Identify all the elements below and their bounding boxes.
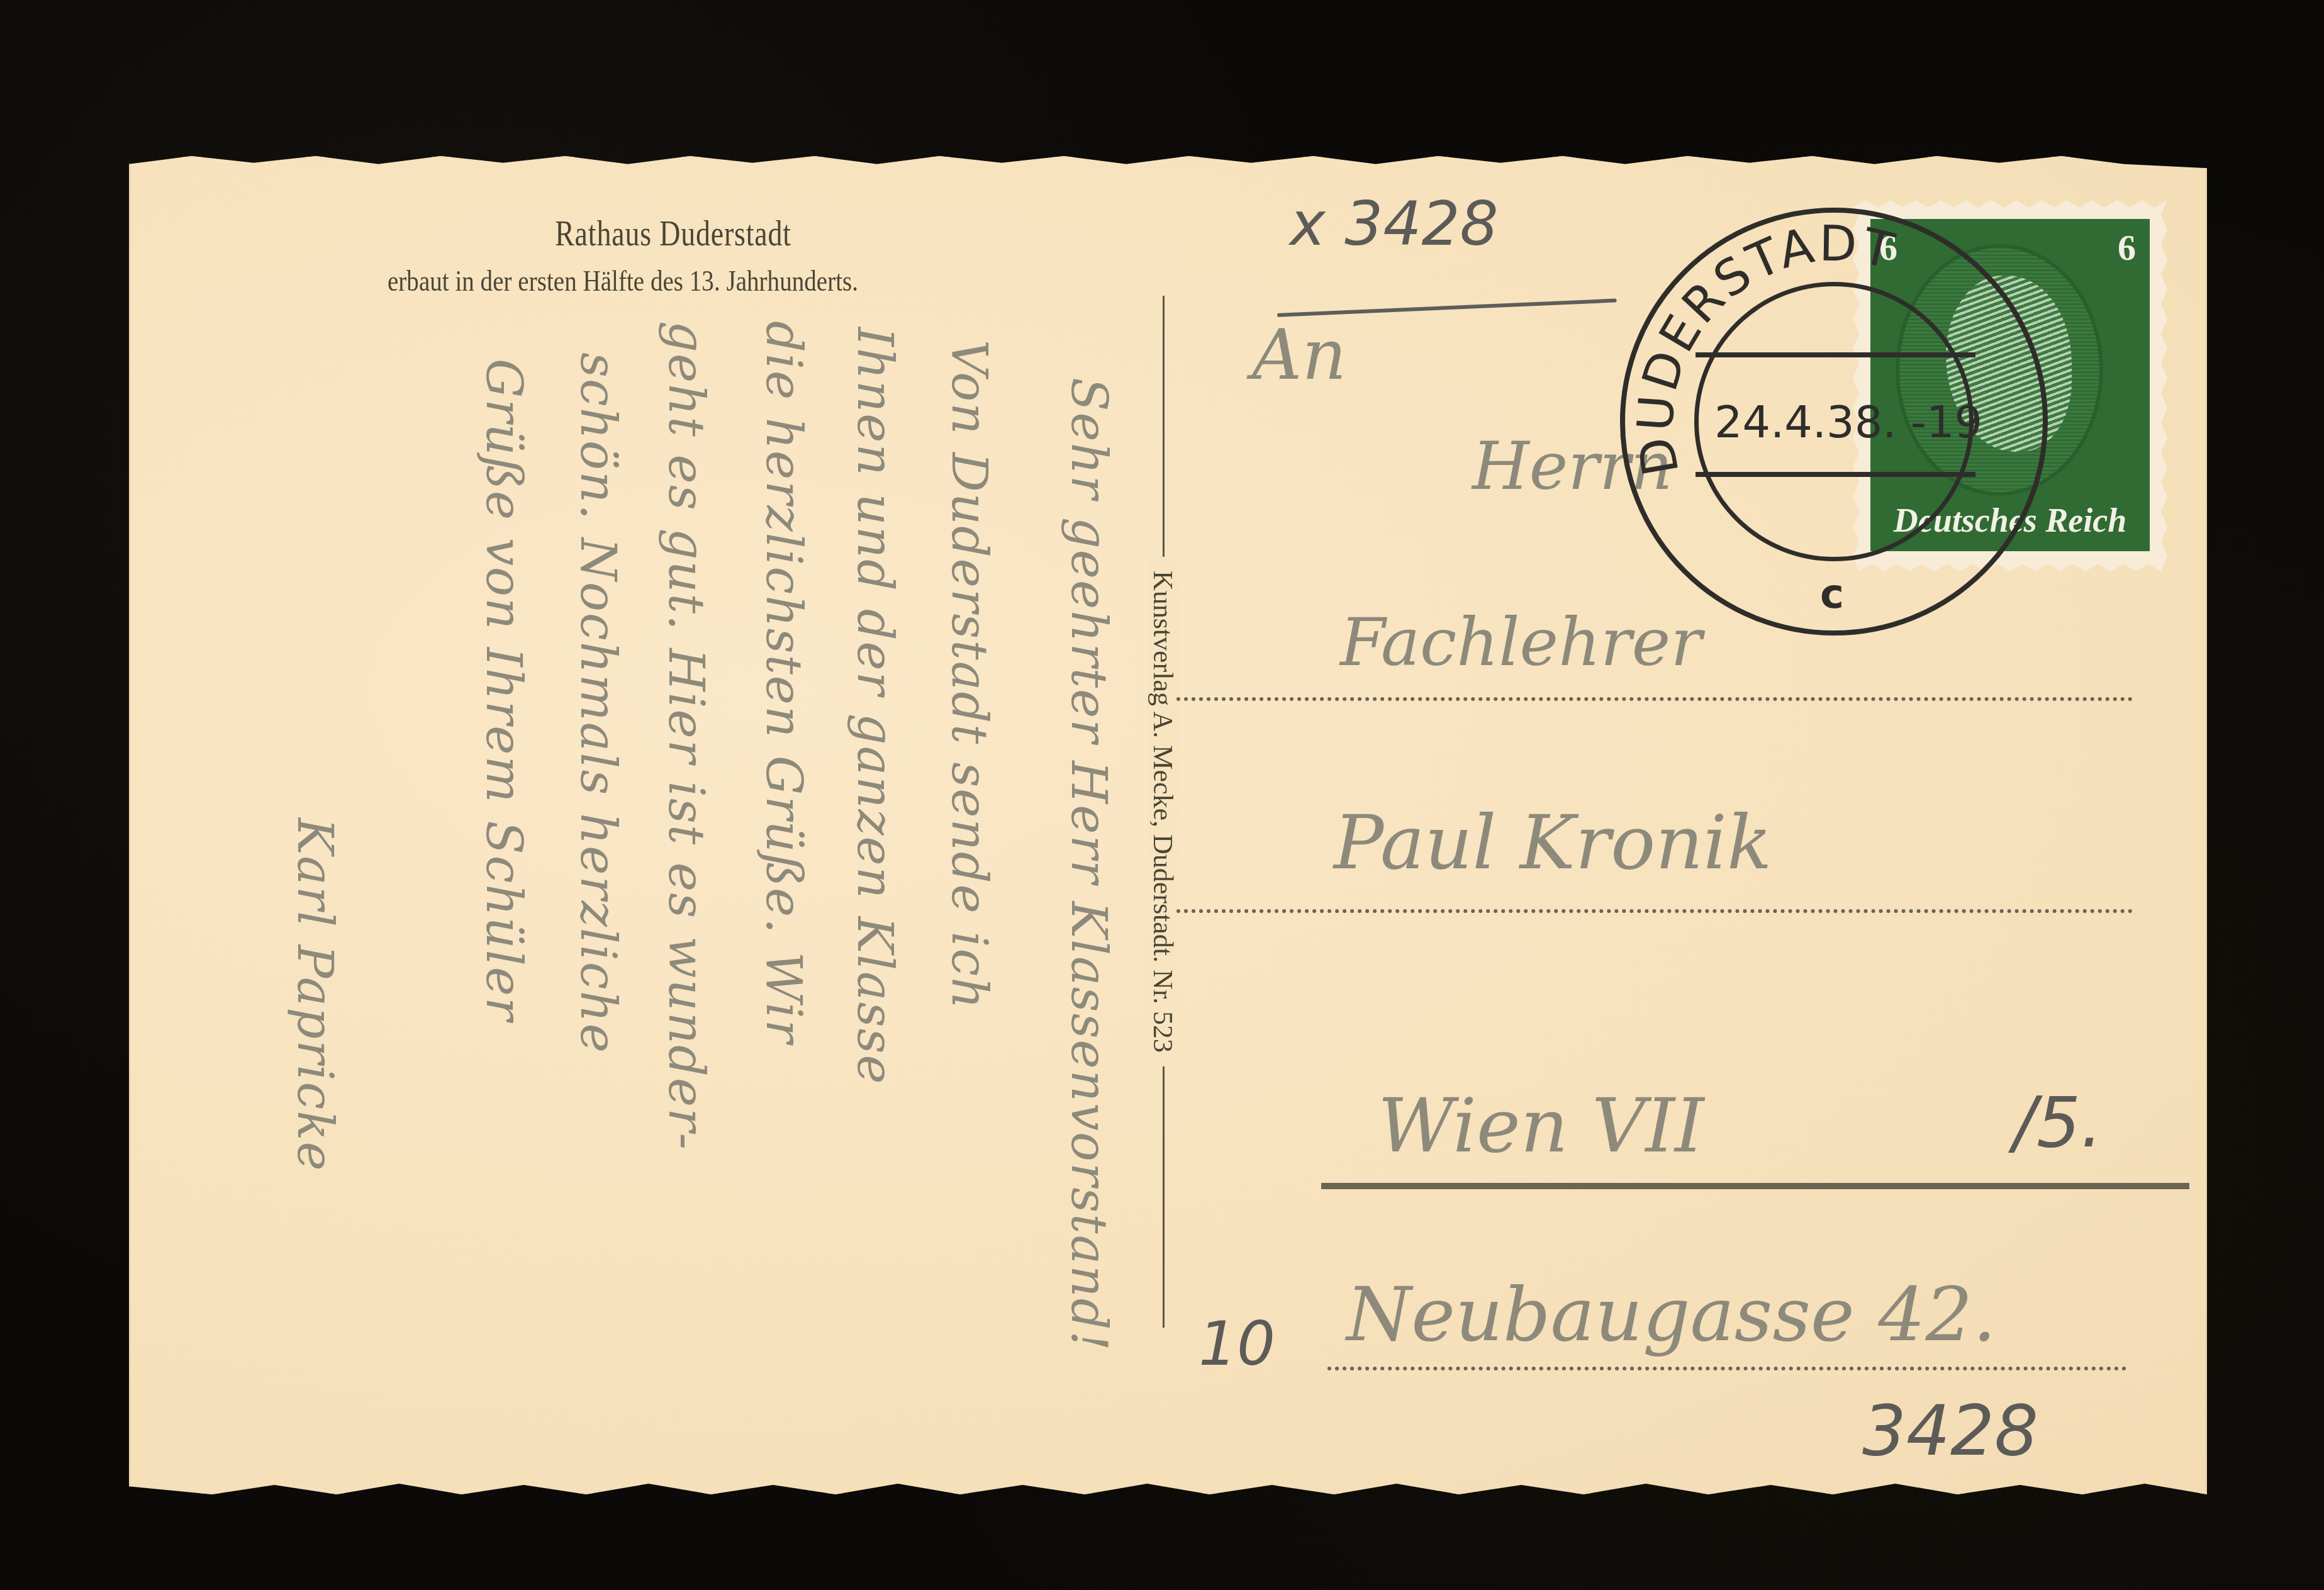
message-line-text: Grüße von Ihrem Schüler	[475, 359, 532, 1022]
address-street: Neubaugasse 42.	[1346, 1271, 1996, 1358]
message-line-text: schön. Nochmals herzliche	[569, 352, 626, 1054]
address-line-1	[1176, 697, 2133, 701]
address-salutation: An	[1252, 315, 1346, 395]
postmark-town: DUDERSTADT	[1627, 216, 1901, 480]
pencil-note-top: x 3428	[1290, 189, 1499, 259]
message-line-text: Ihnen und der ganzen Klasse	[846, 327, 903, 1085]
address-line-2	[1176, 909, 2133, 913]
publisher-imprint: Kunstverlag A. Mecke, Duderstadt. Nr. 52…	[1147, 557, 1179, 1067]
message-line-text: Sehr geehrter Herr Klassenvorstand!	[1060, 378, 1117, 1352]
message-line-text: die herzlichsten Grüße. Wir	[755, 321, 812, 1044]
address-line-4	[1327, 1367, 2126, 1370]
address-city: Wien VII	[1378, 1082, 1704, 1169]
message-line-text: geht es gut. Hier ist es wunder-	[657, 321, 714, 1151]
stamp-value-right: 6	[2118, 227, 2136, 269]
pencil-note-bottom-right: 3428	[1862, 1391, 2038, 1471]
message-line-text: Von Duderstadt sende ich	[941, 340, 997, 1010]
address-line-3	[1321, 1183, 2189, 1189]
caption-title: Rathaus Duderstadt	[493, 214, 854, 254]
pencil-note-bottom-left: 10	[1198, 1309, 1275, 1379]
address-name: Paul Kronik	[1334, 799, 1772, 886]
postmark-town-arc: DUDERSTADT	[1620, 208, 2048, 635]
svg-text:DUDERSTADT: DUDERSTADT	[1627, 216, 1901, 480]
signature-text: Karl Papricke	[286, 818, 343, 1172]
address-district-note: /5.	[2013, 1082, 2103, 1163]
caption-subtitle: erbaut in der ersten Hälfte des 13. Jahr…	[243, 264, 1003, 298]
